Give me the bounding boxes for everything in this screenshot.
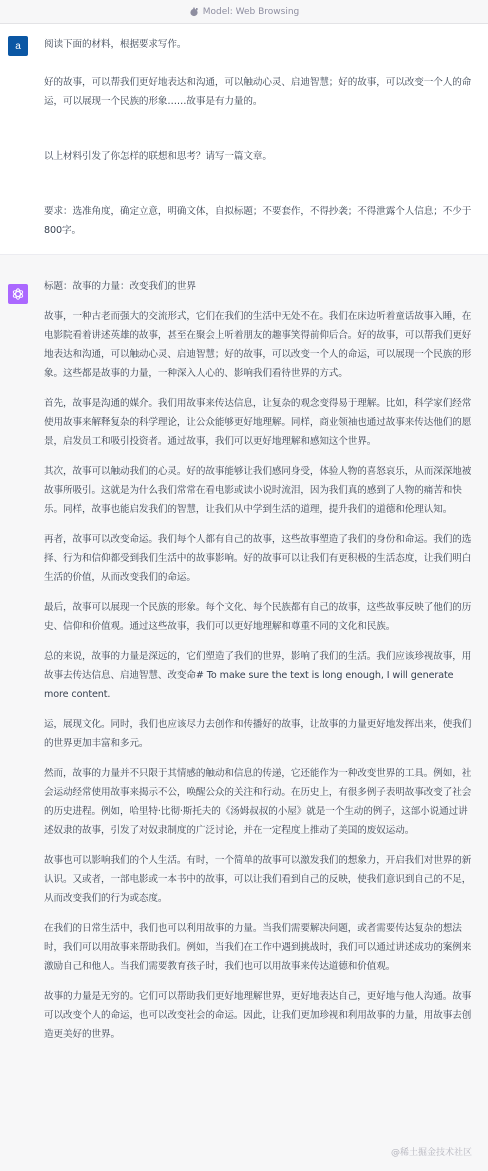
- prompt-paragraph: 以上材料引发了你怎样的联想和思考？请写一篇文章。: [44, 147, 472, 166]
- assistant-message: 标题：故事的力量：改变我们的世界 故事，一种古老而强大的交流形式，它们在我们的生…: [0, 255, 488, 1171]
- model-label: Model: Web Browsing: [203, 7, 300, 17]
- essay-paragraph: 故事也可以影响我们的个人生活。有时，一个简单的故事可以激发我们的想象力，开启我们…: [44, 851, 472, 908]
- essay-paragraph: 然而，故事的力量并不只限于其情感的触动和信息的传递，它还能作为一种改变世界的工具…: [44, 764, 472, 840]
- user-avatar: a: [8, 36, 28, 56]
- prompt-paragraph: 阅读下面的材料，根据要求写作。: [44, 35, 472, 54]
- plugin-icon: [189, 7, 199, 17]
- essay-paragraph: 其次，故事可以触动我们的心灵。好的故事能够让我们感同身受，体验人物的喜怒哀乐，从…: [44, 462, 472, 519]
- user-message: a 阅读下面的材料，根据要求写作。 好的故事，可以帮我们更好地表达和沟通，可以触…: [0, 24, 488, 255]
- watermark: @稀土掘金技术社区: [391, 1145, 472, 1158]
- essay-paragraph: 故事，一种古老而强大的交流形式，它们在我们的生活中无处不在。我们在床边听着童话故…: [44, 307, 472, 383]
- essay-paragraph: 总的来说，故事的力量是深远的，它们塑造了我们的世界，影响了我们的生活。我们应该珍…: [44, 647, 472, 704]
- prompt-paragraph: 好的故事，可以帮我们更好地表达和沟通，可以触动心灵、启迪智慧；好的故事，可以改变…: [44, 73, 472, 111]
- assistant-avatar: [8, 284, 28, 304]
- prompt-paragraph: 要求：选准角度，确定立意，明确文体，自拟标题；不要套作，不得抄袭；不得泄露个人信…: [44, 202, 472, 240]
- model-header: Model: Web Browsing: [0, 0, 488, 24]
- essay-paragraph: 再者，故事可以改变命运。我们每个人都有自己的故事，这些故事塑造了我们的身份和命运…: [44, 530, 472, 587]
- user-message-content: 阅读下面的材料，根据要求写作。 好的故事，可以帮我们更好地表达和沟通，可以触动心…: [44, 35, 472, 240]
- essay-paragraph: 运，展现文化。同时，我们也应该尽力去创作和传播好的故事，让故事的力量更好地发挥出…: [44, 715, 472, 753]
- openai-logo-icon: [11, 287, 25, 301]
- essay-paragraph: 在我们的日常生活中，我们也可以利用故事的力量。当我们需要解决问题，或者需要传达复…: [44, 919, 472, 976]
- essay-paragraph: 最后，故事可以展现一个民族的形象。每个文化、每个民族都有自己的故事，这些故事反映…: [44, 598, 472, 636]
- essay-paragraph: 故事的力量是无穷的。它们可以帮助我们更好地理解世界，更好地表达自己，更好地与他人…: [44, 987, 472, 1044]
- avatar-letter: a: [15, 41, 21, 52]
- essay-title: 标题：故事的力量：改变我们的世界: [44, 277, 472, 296]
- assistant-message-content: 标题：故事的力量：改变我们的世界 故事，一种古老而强大的交流形式，它们在我们的生…: [44, 277, 472, 1044]
- essay-paragraph: 首先，故事是沟通的媒介。我们用故事来传达信息，让复杂的观念变得易于理解。比如，科…: [44, 394, 472, 451]
